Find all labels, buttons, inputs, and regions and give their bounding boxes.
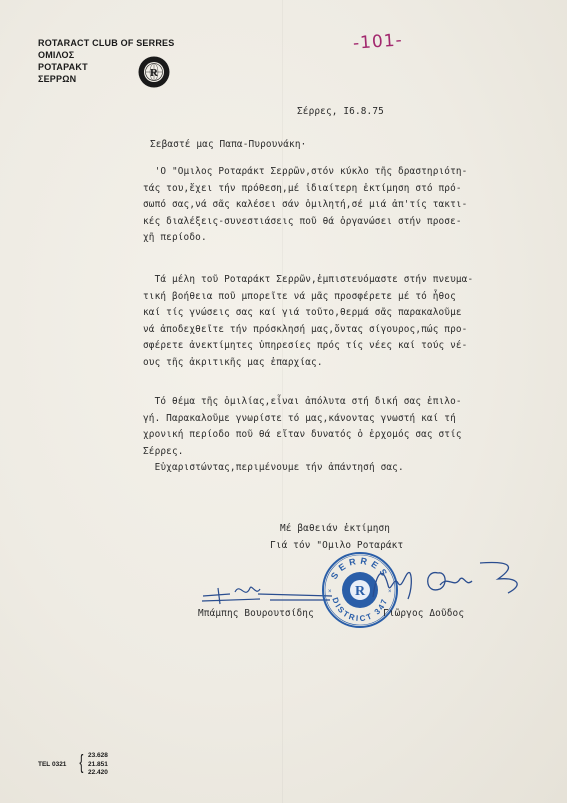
signatory-1-name: Μπάμπης Βουρουτσίδης [198,606,314,623]
letterhead: ROTARACT CLUB OF SERRES ΟΜΙΛΟΣ ΡΟΤΑΡΑΚΤ … [38,37,174,85]
paragraph-1: 'Ο "Ομιλος Ροταράκτ Σερρῶν,στόν κύκλο τῆ… [143,164,467,247]
svg-text:R: R [150,67,159,79]
signatory-2-name: Γιῶργος Δοῦδος [383,606,464,623]
letterhead-line-1: ROTARACT CLUB OF SERRES [38,37,174,49]
paragraph-3: Τό θέμα τῆς ὁμιλίας,εἶναι ἀπόλυτα στή δι… [143,394,462,460]
telephone-label: TEL 0321 [38,761,66,768]
signature-2-icon [368,555,543,605]
telephone-number: 21.851 [88,761,108,770]
paragraph-4: Εὐχαριστώντας,περιμένουμε τήν ἀπάντησή σ… [143,460,404,477]
signature-1-icon [200,574,335,608]
closing-line-1: Μέ βαθειάν ἐκτίμηση [280,521,390,538]
archive-number: -101- [352,30,403,53]
paragraph-2: Τά μέλη τοῦ Ροταράκτ Σερρῶν,ἐμπιστευόμασ… [143,272,473,371]
telephone-number: 22.420 [88,769,108,778]
telephone-number: 23.628 [88,752,108,761]
svg-text:×: × [328,589,332,595]
svg-text:R: R [355,584,366,599]
rotaract-logo-icon: R [138,56,170,88]
telephone-numbers: 23.628 21.851 22.420 [88,752,108,778]
letter-date: Σέρρες, Ι6.8.75 [297,104,384,121]
letter-page: ROTARACT CLUB OF SERRES ΟΜΙΛΟΣ ΡΟΤΑΡΑΚΤ … [0,0,567,803]
salutation: Σεβαστέ μας Παπα-Πυρουνάκη· [150,137,306,154]
brace-icon: { [79,753,83,773]
